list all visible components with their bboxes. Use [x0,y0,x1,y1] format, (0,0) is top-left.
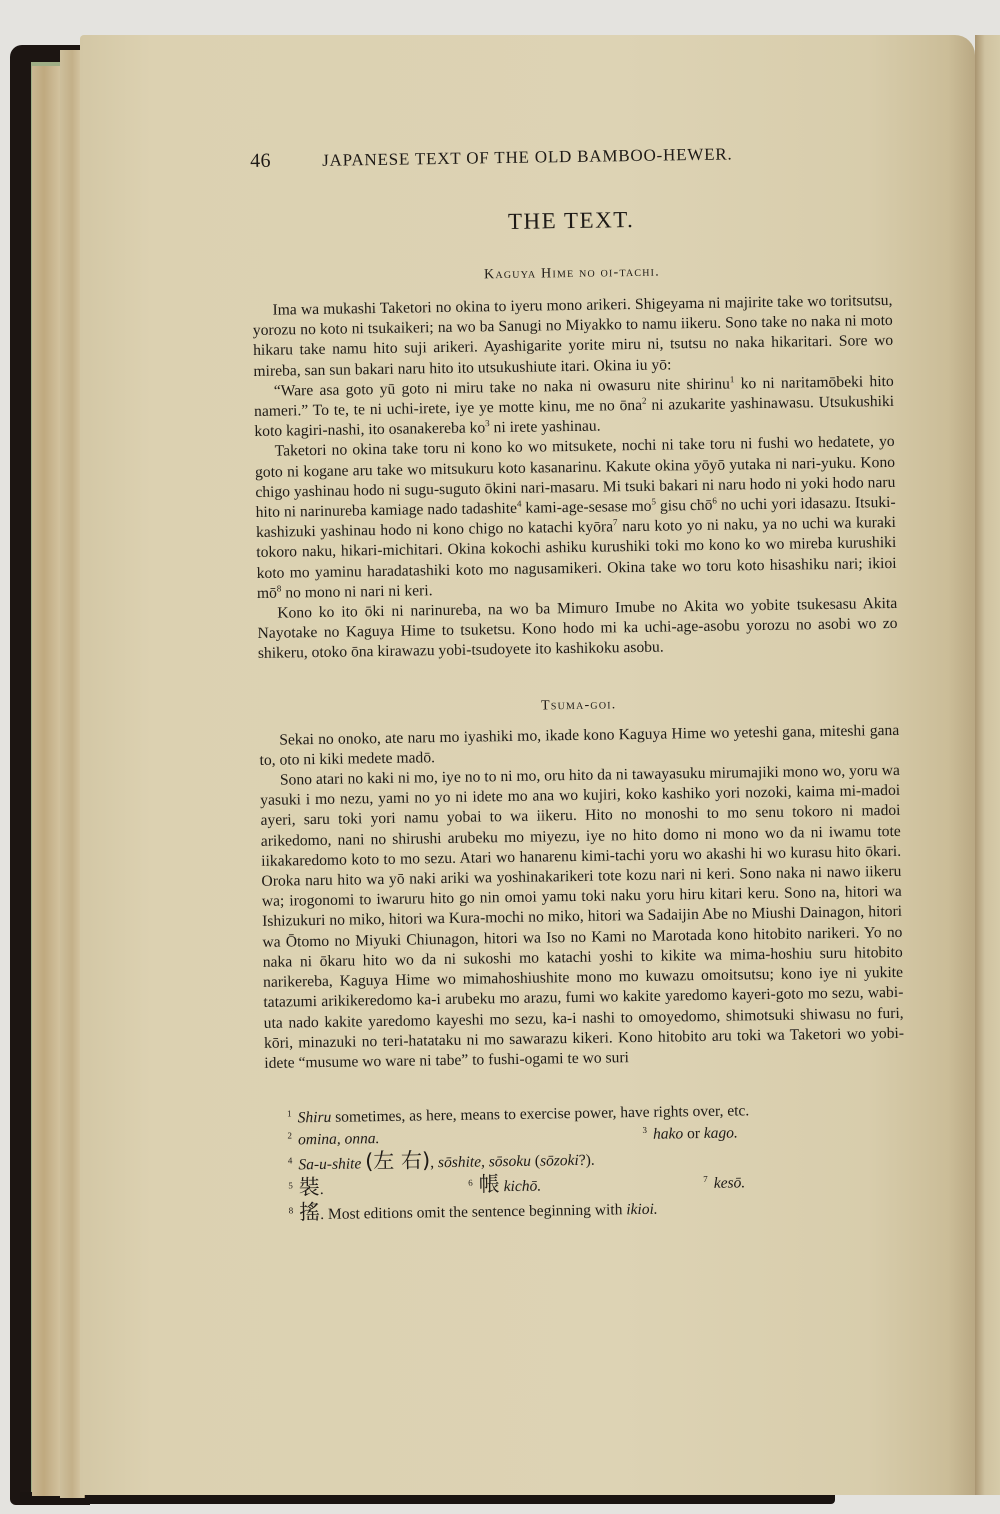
footnote-7: 7kesō. [703,1172,745,1195]
kanji-glyph: 裝 [299,1175,320,1199]
book-gutter [975,35,1000,1495]
section-kaguya-hime: Kaguya Hime no oi-tachi. Ima wa mukashi … [252,261,898,665]
paragraph: “Ware asa goto yū goto ni miru take no n… [254,372,895,443]
kanji-glyph: 搖 [299,1200,320,1224]
kanji-glyph: (左 右) [365,1148,430,1173]
paragraph: Ima wa mukashi Taketori no okina to iyer… [252,291,893,382]
section-tsuma-goi: Tsuma-goi. Sekai no onoko, ate naru mo i… [259,693,905,1074]
footnotes: 1Shiru sometimes, as here, means to exer… [265,1098,907,1227]
kanji-glyph: 帳 [479,1172,500,1196]
paragraph: Kono ko ito ōki ni narinureba, na wo ba … [257,594,898,665]
running-head-title: JAPANESE TEXT OF THE OLD BAMBOO-HEWER. [322,144,733,170]
page-title: THE TEXT. [251,203,891,239]
page-content: 46 JAPANESE TEXT OF THE OLD BAMBOO-HEWER… [250,140,907,1227]
footnote-3: 3hako or kago. [642,1123,738,1146]
footnote-5: 5裝. [288,1174,468,1202]
page-number: 46 [250,149,322,173]
section-heading: Tsuma-goi. [259,693,899,719]
paragraph: Sono atari no kaki ni mo, iye no to ni m… [260,761,905,1074]
page-leaf-edge [32,66,63,1496]
paragraph: Taketori no okina take toru ni kono ko w… [255,432,897,604]
footnote-6: 6帳 kichō. [468,1170,703,1199]
section-heading: Kaguya Hime no oi-tachi. [252,261,892,287]
